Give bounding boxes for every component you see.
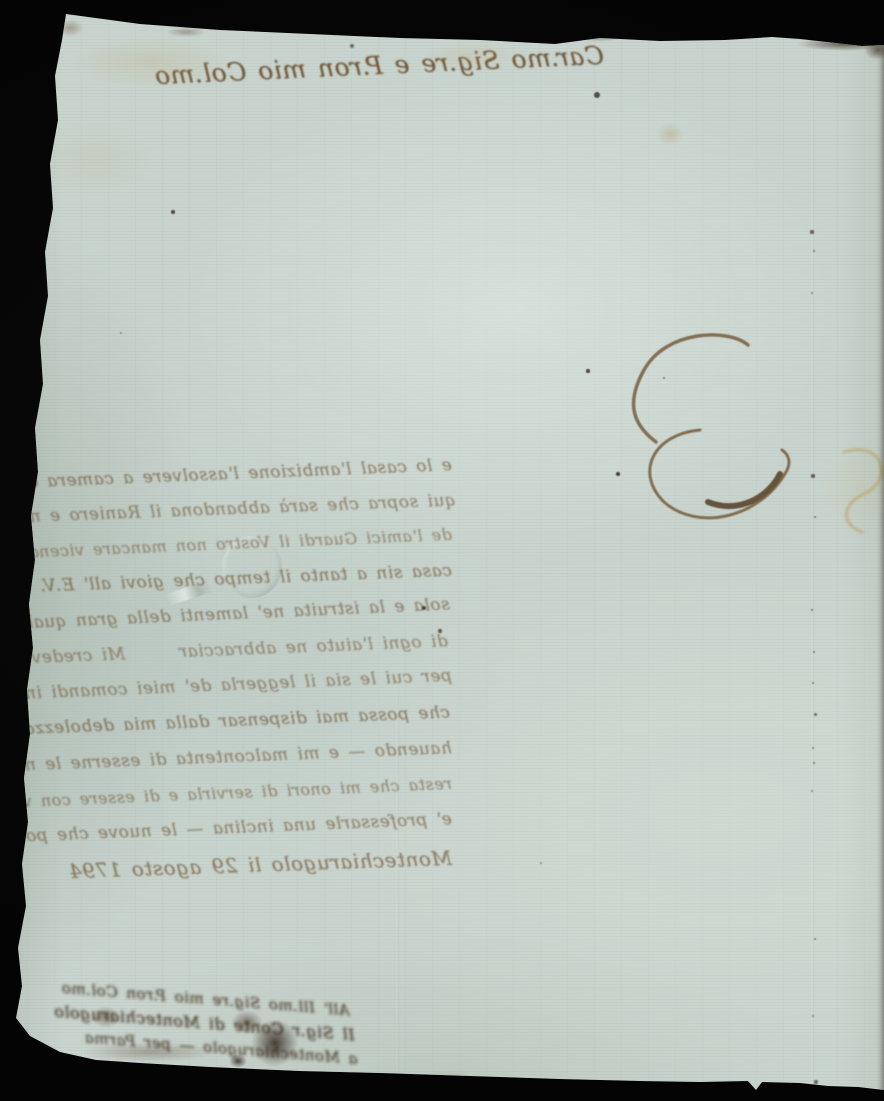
ink-speck	[438, 629, 441, 632]
ink-speck	[389, 1076, 392, 1079]
manuscript-line-8: che possa mai dispensar dalla mia debole…	[16, 705, 450, 739]
manuscript-line-12: Montechiarugolo li 29 agosto 1794	[40, 848, 452, 882]
burn-mark	[797, 37, 884, 51]
manuscript-line-5: sola e la istruita ne' lamenti della gra…	[16, 597, 450, 633]
burn-mark	[576, 30, 624, 42]
ink-speck	[594, 92, 600, 98]
flourish-stroke-bowl	[650, 430, 789, 518]
ink-speck	[814, 713, 817, 716]
address-line-3: a Montechiarugolo — per Parma	[28, 1026, 358, 1067]
paper-wrinkle	[165, 580, 212, 606]
ink-speck	[813, 250, 816, 253]
flourish-stroke-outer	[634, 335, 748, 442]
paper-stain	[422, 1070, 478, 1088]
letter-sheet: Car.mo Sig.re e P.ron mio Col.mo e lo ca…	[0, 0, 884, 1101]
ink-speck	[812, 1015, 815, 1018]
fold-crease-horizontal	[500, 571, 884, 574]
address-line-1: All' Ill.mo Sig.re mio P.ron Col.mo	[58, 981, 350, 1019]
ink-speck	[120, 332, 122, 334]
paper-stain	[816, 438, 884, 538]
paper-stain	[70, 36, 230, 88]
ink-speck	[663, 377, 666, 380]
ink-speck	[616, 472, 620, 476]
burn-mark	[864, 40, 884, 60]
fold-crease-vertical	[396, 690, 399, 1078]
ink-blot	[91, 1006, 121, 1028]
paper-stain	[35, 120, 155, 200]
ink-blot	[231, 1010, 263, 1034]
ink-speck	[812, 682, 815, 685]
manuscript-line-11: e' professarle una inclina — le nuove ch…	[16, 811, 452, 845]
manuscript-line-4: casa sin a tanto il tempo che giovi all'…	[20, 563, 452, 597]
manuscript-line-10: resta che mi onori di servirla e di esse…	[18, 776, 452, 810]
ink-blot	[229, 1054, 247, 1068]
ink-speck	[586, 369, 589, 372]
ink-speck	[540, 862, 542, 864]
burn-mark	[166, 27, 206, 37]
ink-speck	[814, 938, 817, 941]
ink-speck	[814, 516, 817, 519]
manuscript-line-1: e lo casal l'ambizione l'assolvere a cam…	[16, 457, 452, 491]
manuscript-line-6: di ogni l'aiuto ne abbracciar Mi credeva…	[18, 633, 448, 667]
fold-crease-vertical	[811, 48, 814, 1086]
manuscript-line-9: hauendo — e mi malcontenta di esserne le…	[14, 740, 452, 775]
ink-speck	[813, 651, 815, 653]
ink-speck	[813, 762, 816, 765]
ink-speck	[810, 230, 813, 233]
ink-speck	[811, 790, 813, 792]
ink-blot	[251, 1019, 299, 1067]
ink-speck	[171, 210, 175, 214]
burn-mark	[56, 19, 84, 37]
flourish-stroke-crescent	[708, 474, 780, 506]
paper-stain	[424, 40, 516, 72]
manuscript-line-3: de l'amici Guardi il Vostro non mancare …	[12, 527, 452, 561]
heading-bleedthrough: Car.mo Sig.re e P.ron mio Col.mo	[202, 43, 605, 86]
edge-flourish-stain	[832, 440, 884, 540]
scan-background: Car.mo Sig.re e P.ron mio Col.mo e lo ca…	[0, 0, 884, 1101]
ink-speck	[422, 606, 426, 610]
paper-stain	[656, 123, 684, 145]
seal-impression	[222, 536, 282, 598]
manuscript-line-2: qui sopra che sarà abbandona il Raniero …	[14, 493, 456, 527]
ink-flourish	[608, 322, 798, 532]
ink-blot	[80, 1042, 220, 1062]
edge-flourish-stroke	[844, 450, 881, 532]
ink-speck	[811, 292, 813, 294]
ink-speck	[812, 747, 814, 749]
ink-speck	[350, 44, 354, 48]
ink-speck	[814, 1080, 817, 1083]
address-line-2: Il Sig.r Conte di Montechiarugolo	[40, 1003, 355, 1044]
ink-speck	[811, 609, 814, 612]
ink-speck	[811, 474, 814, 477]
fold-crease-horizontal	[290, 985, 884, 988]
manuscript-line-7: per cui le sia il leggerla de' miei coma…	[14, 668, 452, 703]
